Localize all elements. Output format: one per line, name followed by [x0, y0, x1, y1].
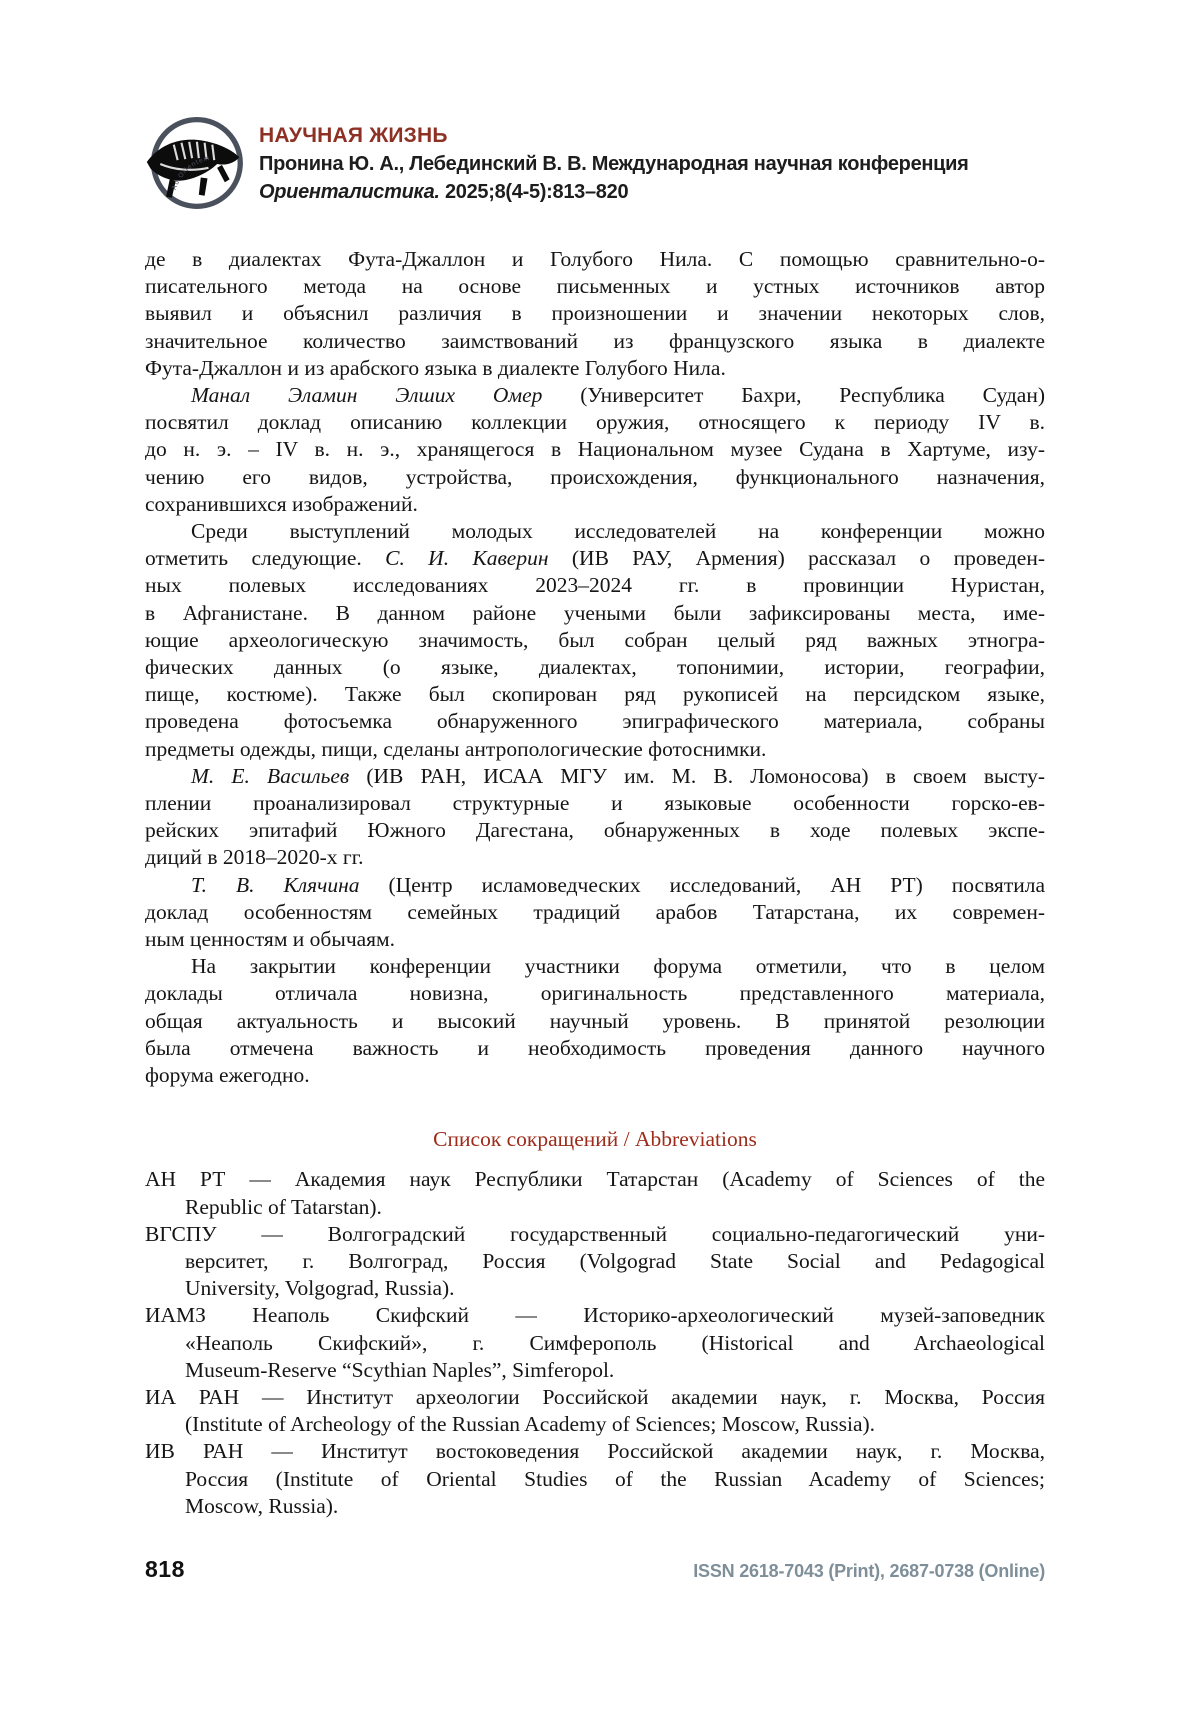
text-line: М. Е. Васильев (ИВ РАН, ИСАА МГУ им. М. …: [145, 763, 1045, 790]
text-line: сохранившихся изображений.: [145, 491, 1045, 518]
text-line: плении проанализировал структурные и язы…: [145, 790, 1045, 817]
text-line: чению его видов, устройства, происхожден…: [145, 464, 1045, 491]
journal-reference: Ориенталистика. 2025;8(4-5):813–820: [259, 178, 969, 206]
journal-name: Ориенталистика.: [259, 181, 440, 203]
paragraph: Т. В. Клячина (Центр исламоведческих исс…: [145, 872, 1045, 954]
text-line: предметы одежды, пищи, сделаны антрополо…: [145, 736, 1045, 763]
page-footer: 818 ISSN 2618-7043 (Print), 2687-0738 (O…: [145, 1556, 1045, 1583]
text-line: ных полевых исследованиях 2023–2024 гг. …: [145, 572, 1045, 599]
text-line: была отмечена важность и необходимость п…: [145, 1035, 1045, 1062]
abbreviation-entry: ИА РАН — Институт археологии Российской …: [145, 1384, 1045, 1438]
text-line: выявил и объяснил различия в произношени…: [145, 300, 1045, 327]
text-line: доклады отличала новизна, оригинальность…: [145, 980, 1045, 1007]
text-line: доклад особенностям семейных традиций ар…: [145, 899, 1045, 926]
text-line: до н. э. – IV в. н. э., хранящегося в На…: [145, 436, 1045, 463]
paragraph: На закрытии конференции участники форума…: [145, 953, 1045, 1089]
text-line: Т. В. Клячина (Центр исламоведческих исс…: [145, 872, 1045, 899]
abbreviation-entry: АН РТ — Академия наук Республики Татарст…: [145, 1166, 1045, 1220]
abbr-line: верситет, г. Волгоград, Россия (Volgogra…: [145, 1248, 1045, 1275]
text-line: рейских эпитафий Южного Дагестана, обнар…: [145, 817, 1045, 844]
journal-page: Ad Orientem НАУЧНАЯ ЖИЗНЬ Пронина Ю. А.,…: [0, 0, 1200, 1729]
text-line: Манал Эламин Элших Омер (Университет Бах…: [145, 382, 1045, 409]
text-line: де в диалектах Фута-Джаллон и Голубого Н…: [145, 246, 1045, 273]
paragraph: де в диалектах Фута-Джаллон и Голубого Н…: [145, 246, 1045, 382]
abbr-line: Republic of Tatarstan).: [145, 1194, 1045, 1221]
text-line: в Афганистане. В данном районе учеными б…: [145, 600, 1045, 627]
text-line: писательного метода на основе письменных…: [145, 273, 1045, 300]
text-line: общая актуальность и высокий научный уро…: [145, 1008, 1045, 1035]
text-line: На закрытии конференции участники форума…: [145, 953, 1045, 980]
abbr-line: АН РТ — Академия наук Республики Татарст…: [145, 1166, 1045, 1193]
abbr-line: Moscow, Russia).: [145, 1493, 1045, 1520]
abbr-line: ИВ РАН — Институт востоковедения Российс…: [145, 1438, 1045, 1465]
issn-label: ISSN 2618-7043 (Print), 2687-0738 (Onlin…: [693, 1561, 1045, 1582]
abbr-line: (Institute of Archeology of the Russian …: [145, 1411, 1045, 1438]
text-line: посвятил доклад описанию коллекции оружи…: [145, 409, 1045, 436]
article-citation: Пронина Ю. А., Лебединский В. В. Междуна…: [259, 150, 969, 178]
text-line: значительное количество заимствований из…: [145, 328, 1045, 355]
paragraph: Манал Эламин Элших Омер (Университет Бах…: [145, 382, 1045, 518]
article-body: де в диалектах Фута-Джаллон и Голубого Н…: [145, 246, 1045, 1089]
abbreviations-heading: Список сокращений / Abbreviations: [145, 1126, 1045, 1153]
text-line: ным ценностям и обычаям.: [145, 926, 1045, 953]
abbr-line: University, Volgograd, Russia).: [145, 1275, 1045, 1302]
abbr-line: «Неаполь Скифский», г. Симферополь (Hist…: [145, 1330, 1045, 1357]
text-line: форума ежегодно.: [145, 1062, 1045, 1089]
orientalistica-logo-icon: Ad Orientem: [141, 110, 247, 216]
header-text-block: НАУЧНАЯ ЖИЗНЬ Пронина Ю. А., Лебединский…: [259, 110, 969, 206]
abbreviations-list: АН РТ — Академия наук Республики Татарст…: [145, 1166, 1045, 1520]
abbr-line: ИАМЗ Неаполь Скифский — Историко-археоло…: [145, 1302, 1045, 1329]
abbr-line: Россия (Institute of Oriental Studies of…: [145, 1466, 1045, 1493]
text-line: фических данных (о языке, диалектах, топ…: [145, 654, 1045, 681]
text-line: проведена фотосъемка обнаруженного эпигр…: [145, 708, 1045, 735]
paragraph: М. Е. Васильев (ИВ РАН, ИСАА МГУ им. М. …: [145, 763, 1045, 872]
text-line: отметить следующие. С. И. Каверин (ИВ РА…: [145, 545, 1045, 572]
section-label: НАУЧНАЯ ЖИЗНЬ: [259, 122, 969, 150]
page-content: Ad Orientem НАУЧНАЯ ЖИЗНЬ Пронина Ю. А.,…: [145, 0, 1045, 1520]
journal-volume-pages: 2025;8(4-5):813–820: [440, 181, 629, 203]
abbr-line: ИА РАН — Институт археологии Российской …: [145, 1384, 1045, 1411]
logo-svg: Ad Orientem: [141, 110, 247, 216]
abbr-line: Museum-Reserve “Scythian Naples”, Simfer…: [145, 1357, 1045, 1384]
page-number: 818: [145, 1556, 185, 1583]
paragraph: Среди выступлений молодых исследователей…: [145, 518, 1045, 763]
text-line: ющие археологическую значимость, был соб…: [145, 627, 1045, 654]
abbreviation-entry: ВГСПУ — Волгоградский государственный со…: [145, 1221, 1045, 1303]
text-line: Среди выступлений молодых исследователей…: [145, 518, 1045, 545]
text-line: диций в 2018–2020-х гг.: [145, 844, 1045, 871]
abbreviation-entry: ИАМЗ Неаполь Скифский — Историко-археоло…: [145, 1302, 1045, 1384]
abbreviation-entry: ИВ РАН — Институт востоковедения Российс…: [145, 1438, 1045, 1520]
abbr-line: ВГСПУ — Волгоградский государственный со…: [145, 1221, 1045, 1248]
page-header: Ad Orientem НАУЧНАЯ ЖИЗНЬ Пронина Ю. А.,…: [145, 110, 1045, 216]
text-line: пище, костюме). Также был скопирован ряд…: [145, 681, 1045, 708]
text-line: Фута-Джаллон и из арабского языка в диал…: [145, 355, 1045, 382]
